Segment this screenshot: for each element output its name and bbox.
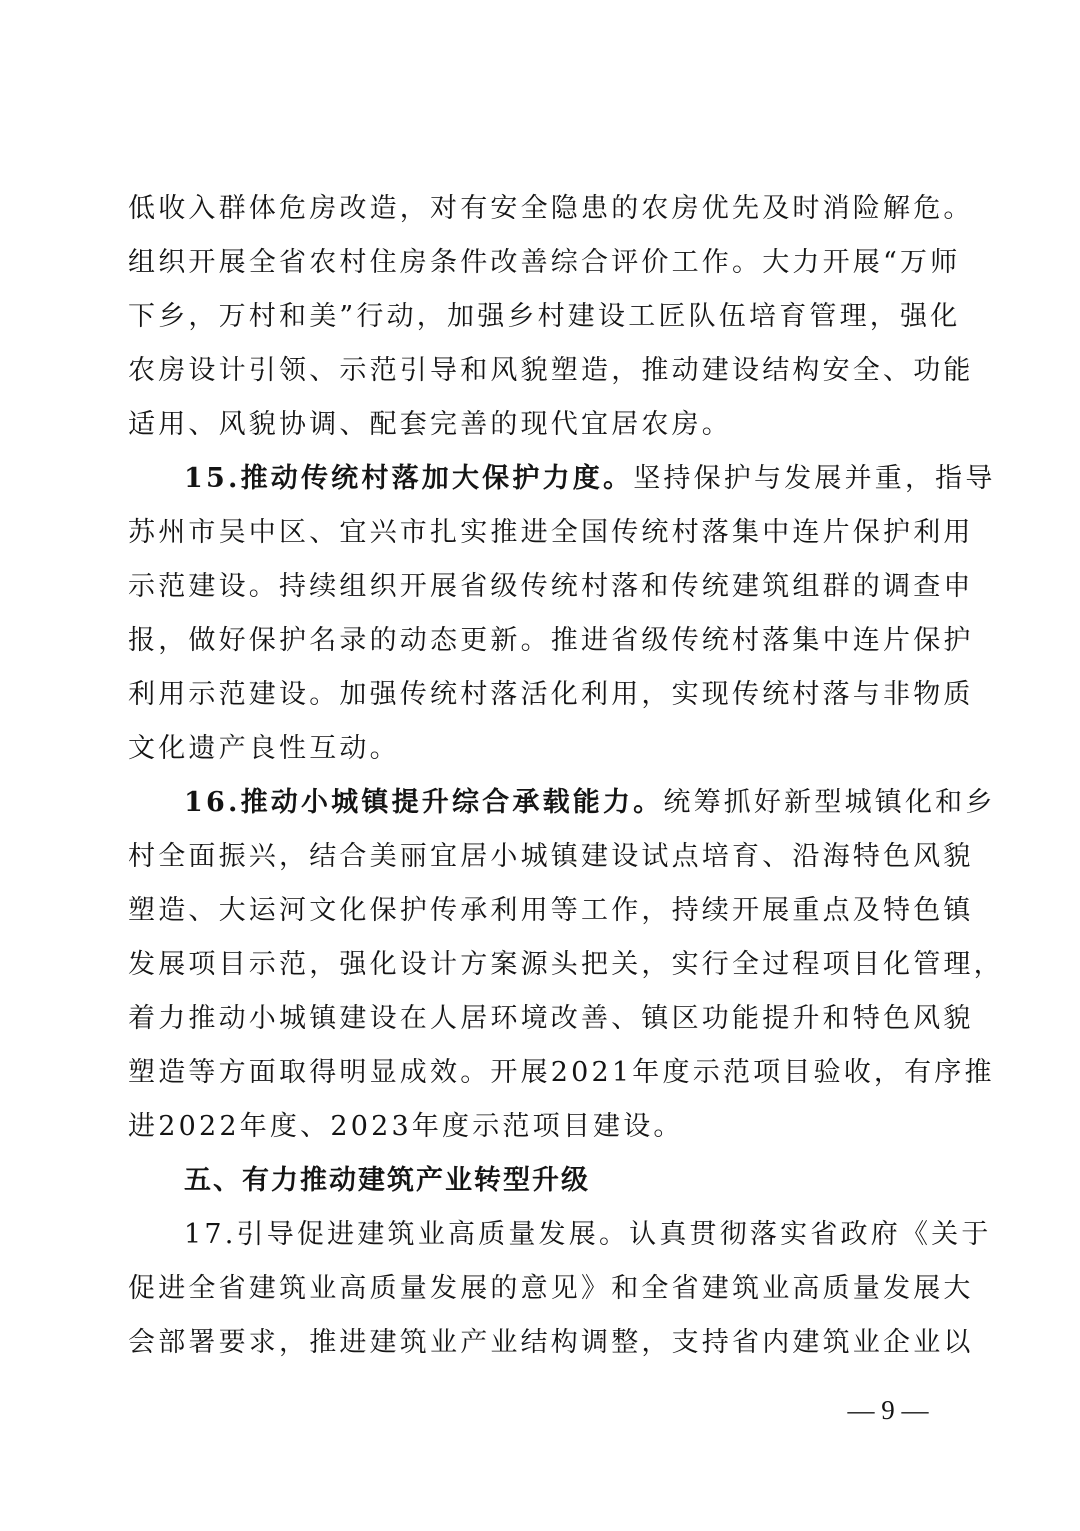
paragraph-line: 着力推动小城镇建设在人居环境改善、镇区功能提升和特色风貌 xyxy=(128,1001,948,1037)
paragraph-line: 低收入群体危房改造，对有安全隐患的农房优先及时消险解危。 xyxy=(128,191,948,227)
paragraph-line: 促进全省建筑业高质量发展的意见》和全省建筑业高质量发展大 xyxy=(128,1271,948,1307)
paragraph-line: 适用、风貌协调、配套完善的现代宜居农房。 xyxy=(128,407,948,443)
paragraph-line: 下乡，万村和美”行动，加强乡村建设工匠队伍培育管理，强化 xyxy=(128,299,948,335)
paragraph-line: 示范建设。持续组织开展省级传统村落和传统建筑组群的调查申 xyxy=(128,569,948,605)
paragraph-line: 组织开展全省农村住房条件改善综合评价工作。大力开展“万师 xyxy=(128,245,948,281)
paragraph-line: 17.引导促进建筑业高质量发展。认真贯彻落实省政府《关于 xyxy=(184,1217,948,1253)
paragraph-line: 发展项目示范，强化设计方案源头把关，实行全过程项目化管理， xyxy=(128,947,948,983)
paragraph-line: 塑造等方面取得明显成效。开展2021年度示范项目验收，有序推 xyxy=(128,1055,948,1091)
paragraph-line: 文化遗产良性互动。 xyxy=(128,731,948,767)
paragraph-line: 农房设计引领、示范引导和风貌塑造，推动建设结构安全、功能 xyxy=(128,353,948,389)
item-16-first-line: 16.推动小城镇提升综合承载能力。统筹抓好新型城镇化和乡 xyxy=(184,785,948,821)
item-15-title: 15.推动传统村落加大保护力度。 xyxy=(184,463,633,494)
paragraph-line: 利用示范建设。加强传统村落活化利用，实现传统村落与非物质 xyxy=(128,677,948,713)
item-16-title: 16.推动小城镇提升综合承载能力。 xyxy=(184,787,663,818)
paragraph-line: 塑造、大运河文化保护传承利用等工作，持续开展重点及特色镇 xyxy=(128,893,948,929)
paragraph-line: 苏州市吴中区、宜兴市扎实推进全国传统村落集中连片保护利用 xyxy=(128,515,948,551)
item-15-text: 坚持保护与发展并重，指导 xyxy=(633,463,995,494)
paragraph-line: 会部署要求，推进建筑业产业结构调整，支持省内建筑业企业以 xyxy=(128,1325,948,1361)
paragraph-line: 村全面振兴，结合美丽宜居小城镇建设试点培育、沿海特色风貌 xyxy=(128,839,948,875)
document-page: 低收入群体危房改造，对有安全隐患的农房优先及时消险解危。 组织开展全省农村住房条… xyxy=(0,0,1080,1531)
paragraph-line: 进2022年度、2023年度示范项目建设。 xyxy=(128,1109,948,1145)
section-heading: 五、有力推动建筑产业转型升级 xyxy=(184,1163,948,1199)
item-15-first-line: 15.推动传统村落加大保护力度。坚持保护与发展并重，指导 xyxy=(184,461,948,497)
page-number: — 9 — xyxy=(838,1394,938,1426)
paragraph-line: 报，做好保护名录的动态更新。推进省级传统村落集中连片保护 xyxy=(128,623,948,659)
item-16-text: 统筹抓好新型城镇化和乡 xyxy=(663,787,995,818)
